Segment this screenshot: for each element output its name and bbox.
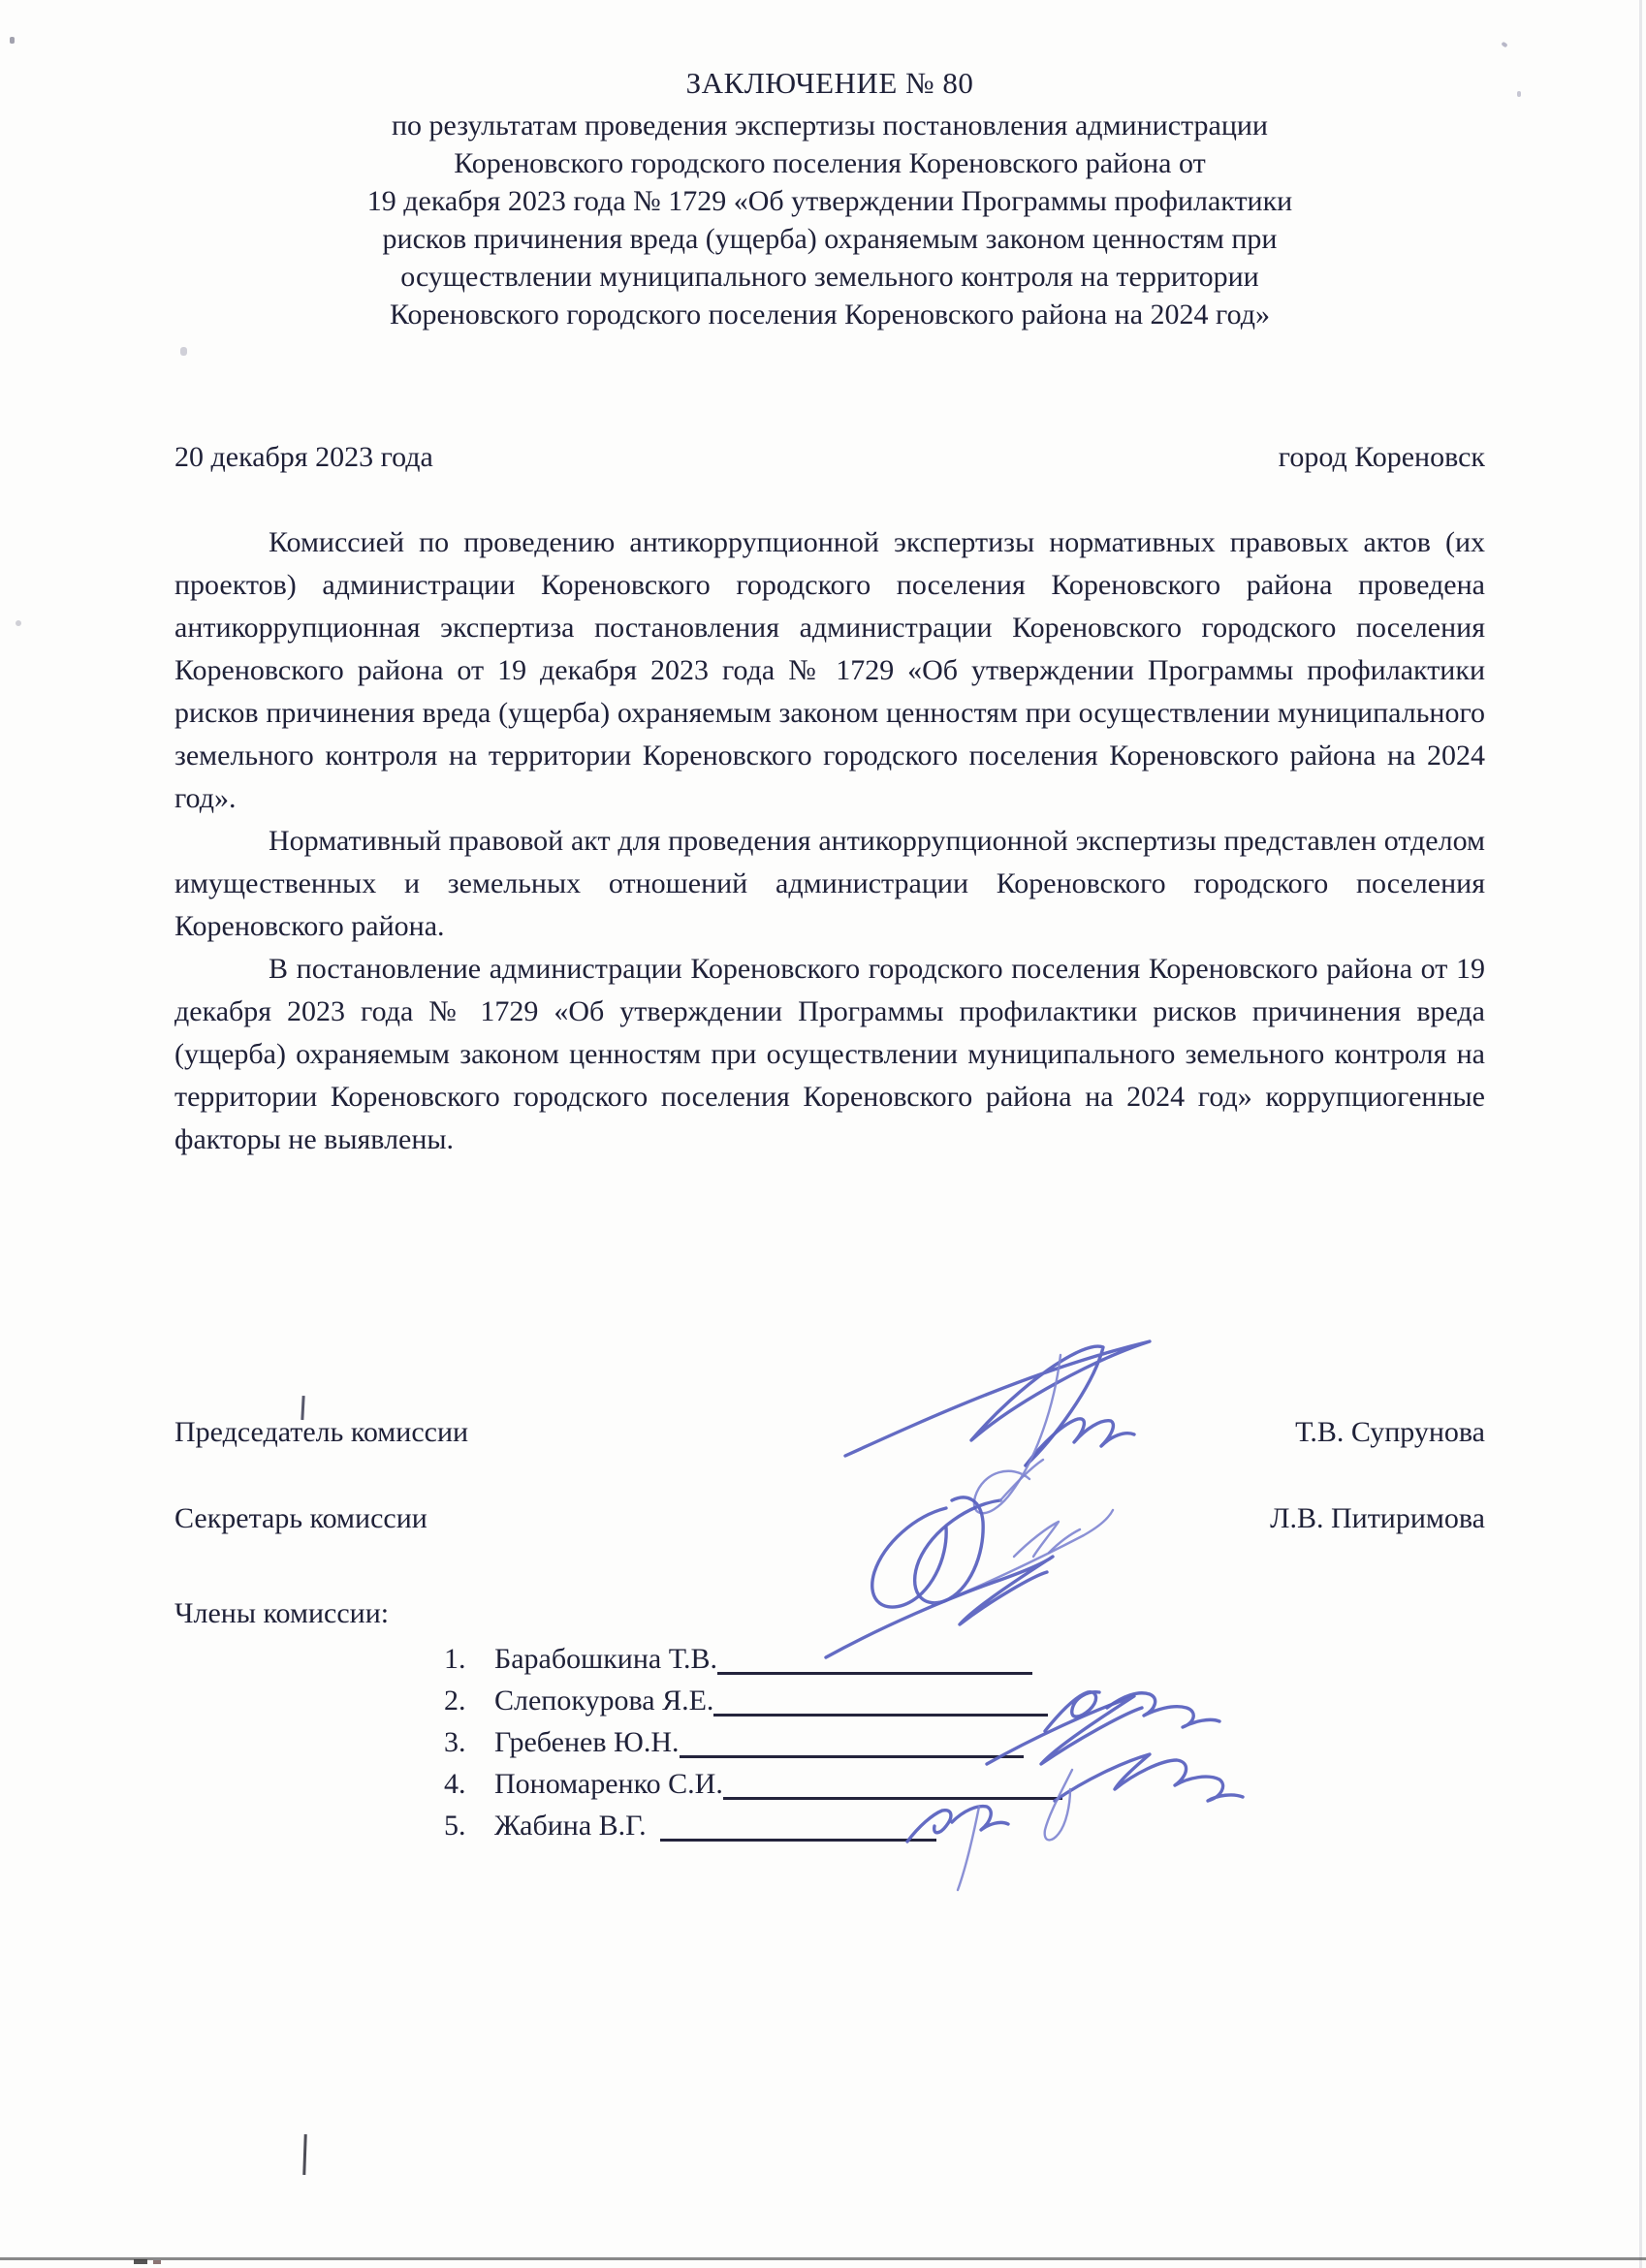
title-line-2: Кореновского городского поселения Корено… bbox=[174, 144, 1485, 182]
scanned-document-page: ЗАКЛЮЧЕНИЕ № 80 по результатам проведени… bbox=[0, 0, 1646, 2268]
secretary-signature-row: Секретарь комиссии Л.В. Питиримова bbox=[174, 1499, 1485, 1538]
scan-speck bbox=[180, 347, 187, 356]
title-line-6: Кореновского городского поселения Корено… bbox=[174, 296, 1485, 333]
signature-member-1 bbox=[826, 1522, 1080, 1657]
member-name: Слепокурова Я.Е. bbox=[494, 1685, 713, 1717]
scan-artifact bbox=[153, 2260, 161, 2264]
title-line-5: осуществлении муниципального земельного … bbox=[174, 258, 1485, 296]
member-row-5: 5.Жабина В.Г. bbox=[174, 1805, 1485, 1846]
member-number: 1. bbox=[444, 1638, 494, 1680]
paragraph-2: Нормативный правовой акт для проведения … bbox=[174, 820, 1485, 948]
paragraph-3: В постановление администрации Кореновско… bbox=[174, 948, 1485, 1161]
paragraph-1: Комиссией по проведению антикоррупционно… bbox=[174, 521, 1485, 820]
scan-speck bbox=[16, 620, 21, 626]
member-row-1: 1.Барабошкина Т.В. bbox=[174, 1638, 1485, 1680]
document-title-block: ЗАКЛЮЧЕНИЕ № 80 по результатам проведени… bbox=[174, 64, 1485, 333]
signature-line bbox=[680, 1753, 1024, 1758]
member-row-4: 4.Пономаренко С.И. bbox=[174, 1763, 1485, 1805]
member-name: Пономаренко С.И. bbox=[494, 1768, 723, 1800]
document-title: ЗАКЛЮЧЕНИЕ № 80 bbox=[174, 64, 1485, 103]
member-row-2: 2.Слепокурова Я.Е. bbox=[174, 1680, 1485, 1721]
document-city: город Кореновск bbox=[1279, 438, 1485, 477]
scan-speck bbox=[1501, 42, 1507, 48]
secretary-role-label: Секретарь комиссии bbox=[174, 1499, 427, 1538]
scan-edge-shadow bbox=[1639, 0, 1642, 2268]
member-number: 2. bbox=[444, 1680, 494, 1721]
date-city-row: 20 декабря 2023 года город Кореновск bbox=[174, 438, 1485, 477]
title-line-1: по результатам проведения экспертизы пос… bbox=[174, 107, 1485, 144]
member-number: 3. bbox=[444, 1721, 494, 1763]
member-name: Гребенев Ю.Н. bbox=[494, 1726, 680, 1758]
members-list: 1.Барабошкина Т.В. 2.Слепокурова Я.Е. 3.… bbox=[174, 1638, 1485, 1846]
scan-bottom-edge bbox=[0, 2257, 1646, 2260]
scan-speck bbox=[10, 37, 15, 44]
signature-line bbox=[713, 1712, 1048, 1717]
member-number: 4. bbox=[444, 1763, 494, 1805]
chairman-role-label: Председатель комиссии bbox=[174, 1413, 468, 1452]
signature-line bbox=[723, 1795, 1062, 1800]
title-line-3: 19 декабря 2023 года № 1729 «Об утвержде… bbox=[174, 182, 1485, 220]
member-row-3: 3.Гребенев Ю.Н. bbox=[174, 1721, 1485, 1763]
document-body: Комиссией по проведению антикоррупционно… bbox=[174, 521, 1485, 1161]
member-number: 5. bbox=[444, 1805, 494, 1846]
secretary-name: Л.В. Питиримова bbox=[1270, 1499, 1485, 1538]
signature-line bbox=[660, 1837, 936, 1842]
chairman-signature-row: Председатель комиссии Т.В. Супрунова bbox=[174, 1413, 1485, 1452]
members-heading: Члены комиссии: bbox=[174, 1594, 389, 1633]
signature-line bbox=[717, 1670, 1032, 1675]
scan-speck bbox=[1517, 91, 1521, 97]
scan-artifact bbox=[134, 2259, 147, 2264]
document-date: 20 декабря 2023 года bbox=[174, 438, 433, 477]
title-line-4: рисков причинения вреда (ущерба) охраняе… bbox=[174, 220, 1485, 258]
member-name: Барабошкина Т.В. bbox=[494, 1643, 717, 1675]
chairman-name: Т.В. Супрунова bbox=[1295, 1413, 1485, 1452]
stray-pen-mark bbox=[302, 2134, 306, 2175]
member-name: Жабина В.Г. bbox=[494, 1810, 647, 1842]
